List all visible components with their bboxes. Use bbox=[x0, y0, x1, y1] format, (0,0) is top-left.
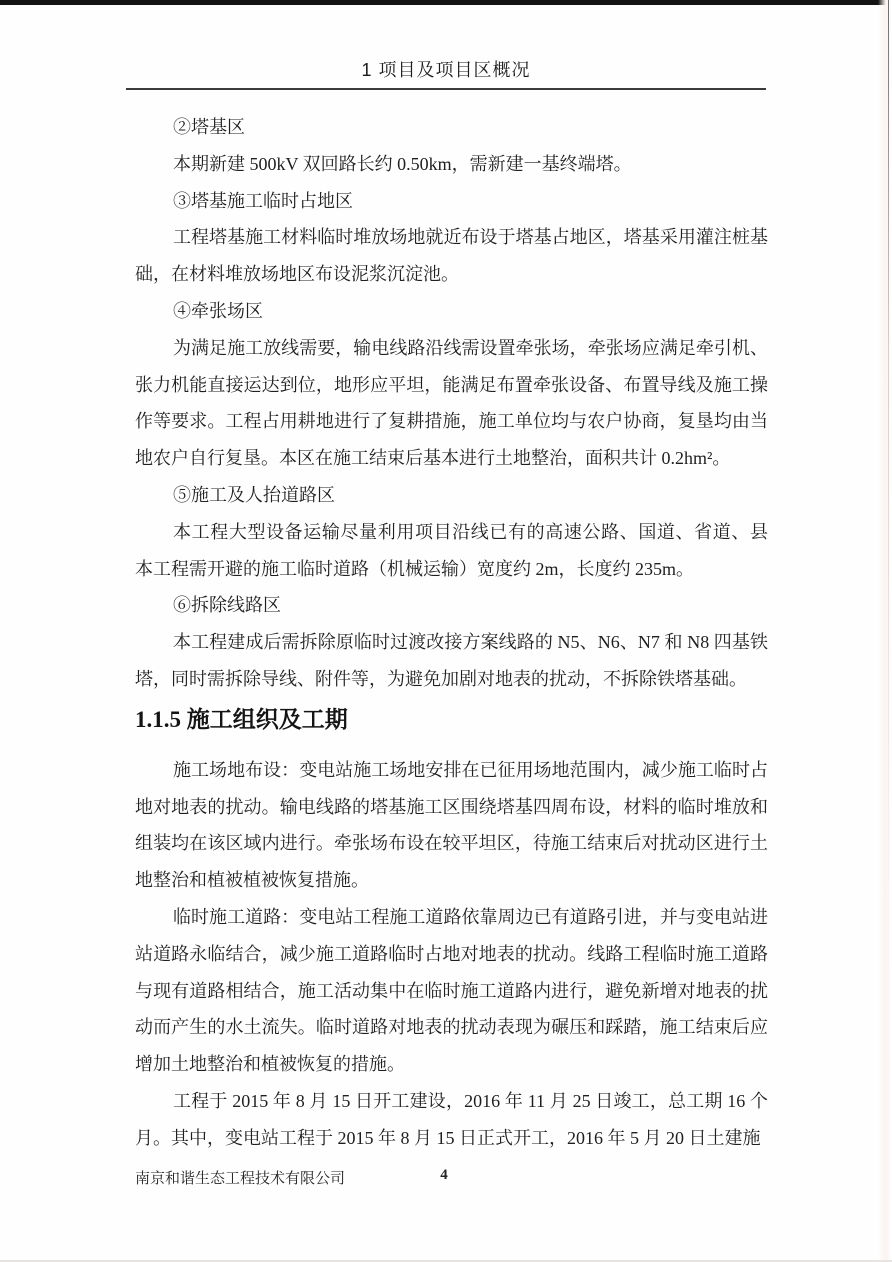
text-line: 地整治和植被植被恢复措施。 bbox=[135, 862, 768, 899]
text-line: 本期新建 500kV 双回路长约 0.50km，需新建一基终端塔。 bbox=[135, 146, 768, 183]
paragraph: 工程于 2015 年 8 月 15 日开工建设，2016 年 11 月 25 日… bbox=[135, 1083, 768, 1157]
text-line: 与现有道路相结合，施工活动集中在临时施工道路内进行，避免新增对地表的扰 bbox=[135, 973, 768, 1010]
subsection-label: ⑤施工及人抬道路区 bbox=[135, 477, 768, 514]
subsection-label: ②塔基区 bbox=[135, 109, 768, 146]
scan-right-tint bbox=[878, 0, 892, 1262]
text-line: 地农户自行复垦。本区在施工结束后基本进行土地整治，面积共计 0.2hm²。 bbox=[135, 440, 768, 477]
text-line: 工程于 2015 年 8 月 15 日开工建设，2016 年 11 月 25 日… bbox=[135, 1083, 768, 1120]
text-line: 为满足施工放线需要，输电线路沿线需设置牵张场，牵张场应满足牵引机、 bbox=[135, 330, 768, 367]
text-line: 组装均在该区域内进行。牵张场布设在较平坦区，待施工结束后对扰动区进行土 bbox=[135, 825, 768, 862]
document-body: ②塔基区本期新建 500kV 双回路长约 0.50km，需新建一基终端塔。③塔基… bbox=[135, 109, 768, 1157]
footer-page-number: 4 bbox=[428, 1167, 460, 1184]
text-line: 张力机能直接运达到位，地形应平坦，能满足布置牵张设备、布置导线及施工操 bbox=[135, 367, 768, 404]
paragraph: 本工程建成后需拆除原临时过渡改接方案线路的 N5、N6、N7 和 N8 四基铁塔… bbox=[135, 624, 768, 698]
text-line: 本工程建成后需拆除原临时过渡改接方案线路的 N5、N6、N7 和 N8 四基铁 bbox=[135, 624, 768, 661]
text-line: 增加土地整治和植被恢复的措施。 bbox=[135, 1046, 768, 1083]
subsection-label: ④牵张场区 bbox=[135, 293, 768, 330]
subsection-label: ⑥拆除线路区 bbox=[135, 587, 768, 624]
subsection-label: ③塔基施工临时占地区 bbox=[135, 183, 768, 220]
text-line: 本工程大型设备运输尽量利用项目沿线已有的高速公路、国道、省道、县道。 bbox=[135, 514, 768, 551]
paragraph: 本工程大型设备运输尽量利用项目沿线已有的高速公路、国道、省道、县道。本工程需开避… bbox=[135, 514, 768, 588]
text-line: 塔，同时需拆除导线、附件等，为避免加剧对地表的扰动，不拆除铁塔基础。 bbox=[135, 661, 768, 698]
text-line: 作等要求。工程占用耕地进行了复耕措施，施工单位均与农户协商，复垦均由当 bbox=[135, 403, 768, 440]
paragraph: 为满足施工放线需要，输电线路沿线需设置牵张场，牵张场应满足牵引机、张力机能直接运… bbox=[135, 330, 768, 477]
section-heading: 1.1.5 施工组织及工期 bbox=[135, 698, 768, 742]
text-line: 础，在材料堆放场地区布设泥浆沉淀池。 bbox=[135, 256, 768, 293]
text-line: 施工场地布设：变电站施工场地安排在已征用场地范围内，减少施工临时占 bbox=[135, 752, 768, 789]
header-rule bbox=[126, 88, 766, 90]
text-line: 地对地表的扰动。输电线路的塔基施工区围绕塔基四周布设，材料的临时堆放和 bbox=[135, 789, 768, 826]
paragraph: 本期新建 500kV 双回路长约 0.50km，需新建一基终端塔。 bbox=[135, 146, 768, 183]
text-line: 本工程需开避的施工临时道路（机械运输）宽度约 2m，长度约 235m。 bbox=[135, 551, 768, 588]
paragraph: 施工场地布设：变电站施工场地安排在已征用场地范围内，减少施工临时占地对地表的扰动… bbox=[135, 752, 768, 899]
paragraph: 临时施工道路：变电站工程施工道路依靠周边已有道路引进，并与变电站进站道路永临结合… bbox=[135, 899, 768, 1083]
scan-top-edge bbox=[0, 0, 892, 5]
scan-right-edge-line bbox=[888, 0, 889, 1262]
text-line: 临时施工道路：变电站工程施工道路依靠周边已有道路引进，并与变电站进 bbox=[135, 899, 768, 936]
text-line: 动而产生的水土流失。临时道路对地表的扰动表现为碾压和踩踏，施工结束后应 bbox=[135, 1009, 768, 1046]
text-line: 工程塔基施工材料临时堆放场地就近布设于塔基占地区，塔基采用灌注桩基 bbox=[135, 219, 768, 256]
text-line: 站道路永临结合，减少施工道路临时占地对地表的扰动。线路工程临时施工道路 bbox=[135, 936, 768, 973]
paragraph: 工程塔基施工材料临时堆放场地就近布设于塔基占地区，塔基采用灌注桩基础，在材料堆放… bbox=[135, 219, 768, 293]
text-line: 月。其中，变电站工程于 2015 年 8 月 15 日正式开工，2016 年 5… bbox=[135, 1120, 768, 1157]
running-header-title: 1 项目及项目区概况 bbox=[0, 56, 892, 82]
footer-company: 南京和谐生态工程技术有限公司 bbox=[135, 1167, 345, 1188]
document-page: 1 项目及项目区概况 ②塔基区本期新建 500kV 双回路长约 0.50km，需… bbox=[0, 0, 892, 1262]
